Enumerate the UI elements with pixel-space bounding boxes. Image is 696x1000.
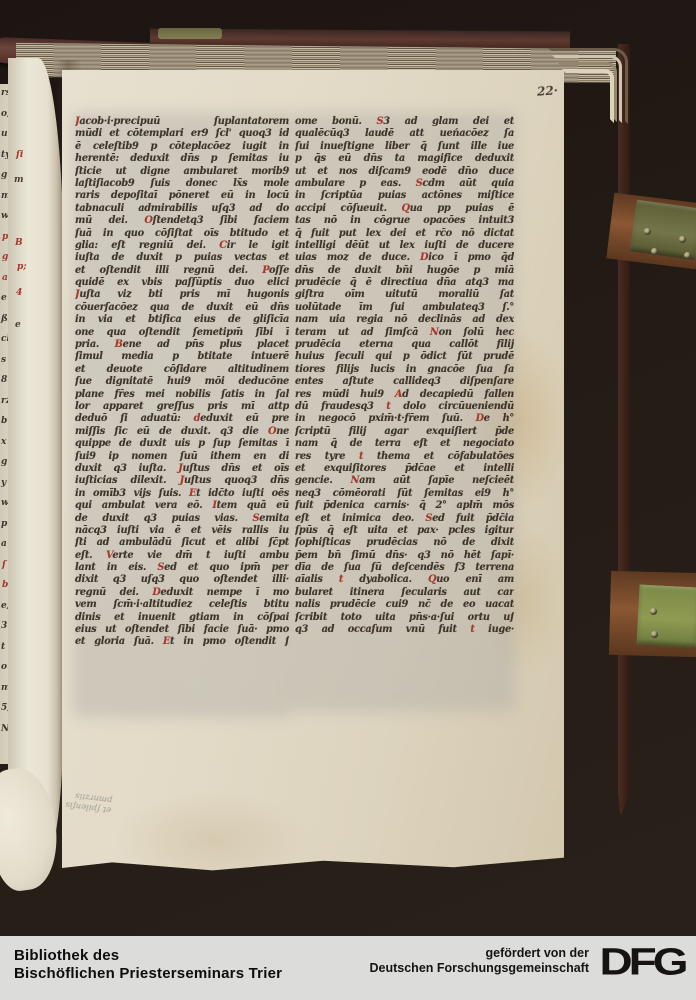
marginalia-fragment: y [1,478,6,488]
marginalia-fragment: g [1,170,7,180]
manuscript-line: herentē: deduxit dn̄s p ſemitas iu [75,153,289,166]
manuscript-line: de duxit q3 puias vias. Semita [75,512,289,525]
marginalia-fragment: o [1,662,7,672]
manuscript-line: aīalis t dyabolica. Quo enī am [295,574,514,587]
manuscript-line: giſtra oīm uitutū moraliū ſat [295,289,514,302]
dfg-logo: DFG [593,945,691,978]
marginalia-fragment: s [1,355,6,365]
strip-note: m [14,175,24,185]
library-attribution: Bibliothek des Bischöflichen Priestersem… [14,947,282,982]
manuscript-line: q3 ad occaſum vnū fuit t iuge· [295,624,514,637]
manuscript-line: et exquiſitores p̄dc̄ae et intelli [295,463,514,476]
scan-photo-frame: rso;utygm;wpg;aeßchs8rzbxgywpaſbe;3tom5;… [0,0,696,1000]
manuscript-page: Jacob·i·precipuū ſuplantatoremmūdi et cō… [62,70,564,872]
marginalia-fragment: t [1,642,5,652]
manuscript-line: one qua oſtendit ſemetipm̄ ſibi ī [75,326,289,339]
manuscript-line: in negocō pxim̄·t·fr̄em ſuū. De h° [295,413,514,426]
strip-note: p; [17,262,27,272]
clasp-rivet [651,248,658,255]
clasp-rivet [679,236,686,243]
marginalia-fragment: b [1,416,7,426]
manuscript-line: et oſtendit illi regnū dei. Poſſe [75,264,289,277]
marginalia-fragment: g [1,457,7,467]
manuscript-line: tiores filijs lucis in gnacōe ſua ſa [295,364,514,377]
strip-note: ſi [16,150,23,160]
manuscript-line: ſcriptū filij agar exquiſiert p̄de [295,425,514,438]
manuscript-line: iuſticias dilexit. Juſtus quoq3 dn̄s [75,475,289,488]
clasp-rivet [650,608,657,615]
manuscript-line: ſimul media p btitate intuerē [75,351,289,364]
manuscript-line: res mūdi hui9 Ad decapiedū fallen [295,388,514,401]
manuscript-line: nam uia regia nō declinās ad dex [295,314,514,327]
clasp-rivet [684,252,691,259]
manuscript-line: in omīb3 vijs ſuis. Et idc̄to iuſti oēs [75,487,289,500]
manuscript-line: p q̄s eū dn̄s ta magifice deduxit [295,153,514,166]
text-column-1: Jacob·i·precipuū ſuplantatoremmūdi et cō… [75,116,289,649]
marginalia-fragment: e [1,293,7,303]
manuscript-line: gencie. Nam aūt ſapīe neſcieēt [295,475,514,488]
manuscript-line: fuit p̄denica carnis· q̄ 2° aplm̄ mōs [295,500,514,513]
manuscript-line: raris depoſitaī pōneret eū in locū [75,190,289,203]
lower-clasp-plate [636,584,696,647]
manuscript-line: ambulare p eas. Scdm aūt quia [295,178,514,191]
manuscript-line: dixit q3 uſq3 quo oſtendet illi· [75,574,289,587]
marginalia-fragment: u [1,129,8,139]
strip-note: 4 [16,288,22,298]
manuscript-line: q̄ fuit put lex dei et rc̄o nō dictat [295,227,514,240]
text-column-2: ome bonū. S3 ad glam dei etqualēcūq3 lau… [295,116,514,636]
manuscript-line: cōuerſacōez qua de duxit eū dn̄s [75,302,289,315]
funding-attribution: gefördert von der Deutschen Forschungsge… [370,946,590,975]
manuscript-line: nam q̄ de terra eſt et negociato [295,438,514,451]
library-name-line1: Bibliothek des [14,947,282,965]
funding-line1: gefördert von der [370,946,590,961]
manuscript-line: miſſis ſic eū de duxit. q3 die One [75,425,289,438]
manuscript-line: nācq3 iuſti via ē et vēis rallis iu [75,525,289,538]
manuscript-line: et deuote cōſidare altitudinem [75,364,289,377]
manuscript-line: quippe de duxit uis p ſup ſemitas ī [75,438,289,451]
manuscript-line: dn̄s de duxit bn̄i hugōe p miā [295,264,514,277]
manuscript-line: ſpūs q̄ eſt uita et pax· pcles igitur [295,525,514,538]
manuscript-line: ſuā in quo cōſiſtat oīs btitudo et [75,227,289,240]
manuscript-line: huius ſeculi qui p ōdict ſūt prudē [295,351,514,364]
manuscript-line: accipi cōſueuit. Qua pp puias ē [295,202,514,215]
manuscript-line: qui ambulat vera eō. Item quā eū [75,500,289,513]
manuscript-line: Juſta viz bti pris mī hugonis [75,289,289,302]
marginalia-fragment: ß [1,314,8,324]
marginalia-fragment: 8 [1,375,7,385]
manuscript-photo: rso;utygm;wpg;aeßchs8rzbxgywpaſbe;3tom5;… [0,0,696,936]
manuscript-line: eſt. Verte vie dm̄ t iuſti ambu [75,549,289,562]
manuscript-line: regnū dei. Deduxit nempe ī mo [75,587,289,600]
manuscript-line: intelligi dēūt ut lex iuſti de ducere [295,240,514,253]
manuscript-line: nalis prudēcie cui9 nc̄ de eo uacat [295,599,514,612]
manuscript-line: neq3 cōmēorati ſūt ſemitas ei9 h° [295,487,514,500]
marginalia-fragment: x [1,437,6,447]
manuscript-line: laſtiſiacob9 ſuis donec lx̄s mole [75,178,289,191]
manuscript-line: uias moz de duce. Dico ī pmo q̄d [295,252,514,265]
faint-inverted-inscription: et ſpilenſis pmnrziis [65,789,113,814]
manuscript-line: entes aſtute callideq3 diſpenſare [295,376,514,389]
manuscript-line: p̄em bn̄ ſimū dn̄s· q3 nō hēt ſapī· [295,549,514,562]
marginalia-fragment: p [1,519,7,529]
manuscript-line: mūdi et cōtemplari er9 ſcl' quoq3 id [75,128,289,141]
corner-page-edge-arc [562,69,614,123]
strip-note: e [15,320,21,330]
manuscript-line: duxit q3 iuſta. Juſtus dn̄s et oīs [75,463,289,476]
manuscript-line: ſcribit toto uita pn̄s·a·ſui ortu uſ [295,611,514,624]
manuscript-line: tabnaculi admirabilis uſq3 ad do [75,202,289,215]
manuscript-line: dinis et inuenit gtiam in cōſpai [75,611,289,624]
manuscript-line: et gloria ſuā. Et in pmo oſtendit ſ [75,636,289,649]
manuscript-line: bularet itinera ſecularis aut car [295,587,514,600]
clasp-rivet [651,631,658,638]
clasp-tarnish-top [158,28,222,39]
manuscript-line: vem ſcm̄·i·altitudiez celeſtis btitu [75,599,289,612]
back-cover-edge [618,44,630,824]
manuscript-line: in ſcriptūa puias actōnes miſtice [295,190,514,203]
manuscript-line: glia: eſt regniū dei. Cir le igit [75,240,289,253]
clasp-rivet [644,228,651,235]
manuscript-line: uolūtade īm ſui ambulateq3 ſ.° [295,302,514,315]
manuscript-line: iuſta de duxit p puias vectas et [75,252,289,265]
page-stack-fore-edge [558,52,622,864]
manuscript-line: ſophiſticas prudēcias nō de dixit [295,537,514,550]
manuscript-line: teram ut ad ſimſcā Non ſolū hec [295,326,514,339]
funding-line2: Deutschen Forschungsgemeinschaft [370,961,590,976]
digitization-footer-bar: Bibliothek des Bischöflichen Priestersem… [0,936,696,1000]
manuscript-line: in via et btifica eius de gliſicīa [75,314,289,327]
manuscript-line: ſui inueſtigne liber q̄ ſunt ille iue [295,140,514,153]
manuscript-line: plane fr̄es mei nobilis ſatis in ſal [75,388,289,401]
manuscript-line: ſti ad ambulādū ſicut et alibi ſc̄pt [75,537,289,550]
manuscript-line: eſt et inimica deo. Sed fuit p̄dc̄ia [295,512,514,525]
manuscript-line: tas nō in cōgrue opacōes intuit3 [295,215,514,228]
manuscript-line: ſui9 ip nomen ſuū ithem en di [75,450,289,463]
manuscript-line: ut et nos diſcam9 eodē dn̄o duce [295,165,514,178]
manuscript-line: mū dei. Oſtendetq3 ſibi faciem [75,215,289,228]
manuscript-line: res tyre t thema et cōfabulatōes [295,450,514,463]
manuscript-line: qualēcūq3 laudē att ueńacōez ſa [295,128,514,141]
manuscript-line: ē celeſtib9 p cōteplacōez iugit in [75,140,289,153]
marginalia-fragment: 3 [1,621,7,631]
manuscript-line: deduō ſi aduatū: deduxit eū pre [75,413,289,426]
manuscript-line: ſue dignitatē hui9 mōi deducōne [75,376,289,389]
library-name-line2: Bischöflichen Priesterseminars Trier [14,965,282,983]
manuscript-line: ſticie ut digne ambularet morib9 [75,165,289,178]
marginalia-fragment: a [1,539,7,549]
